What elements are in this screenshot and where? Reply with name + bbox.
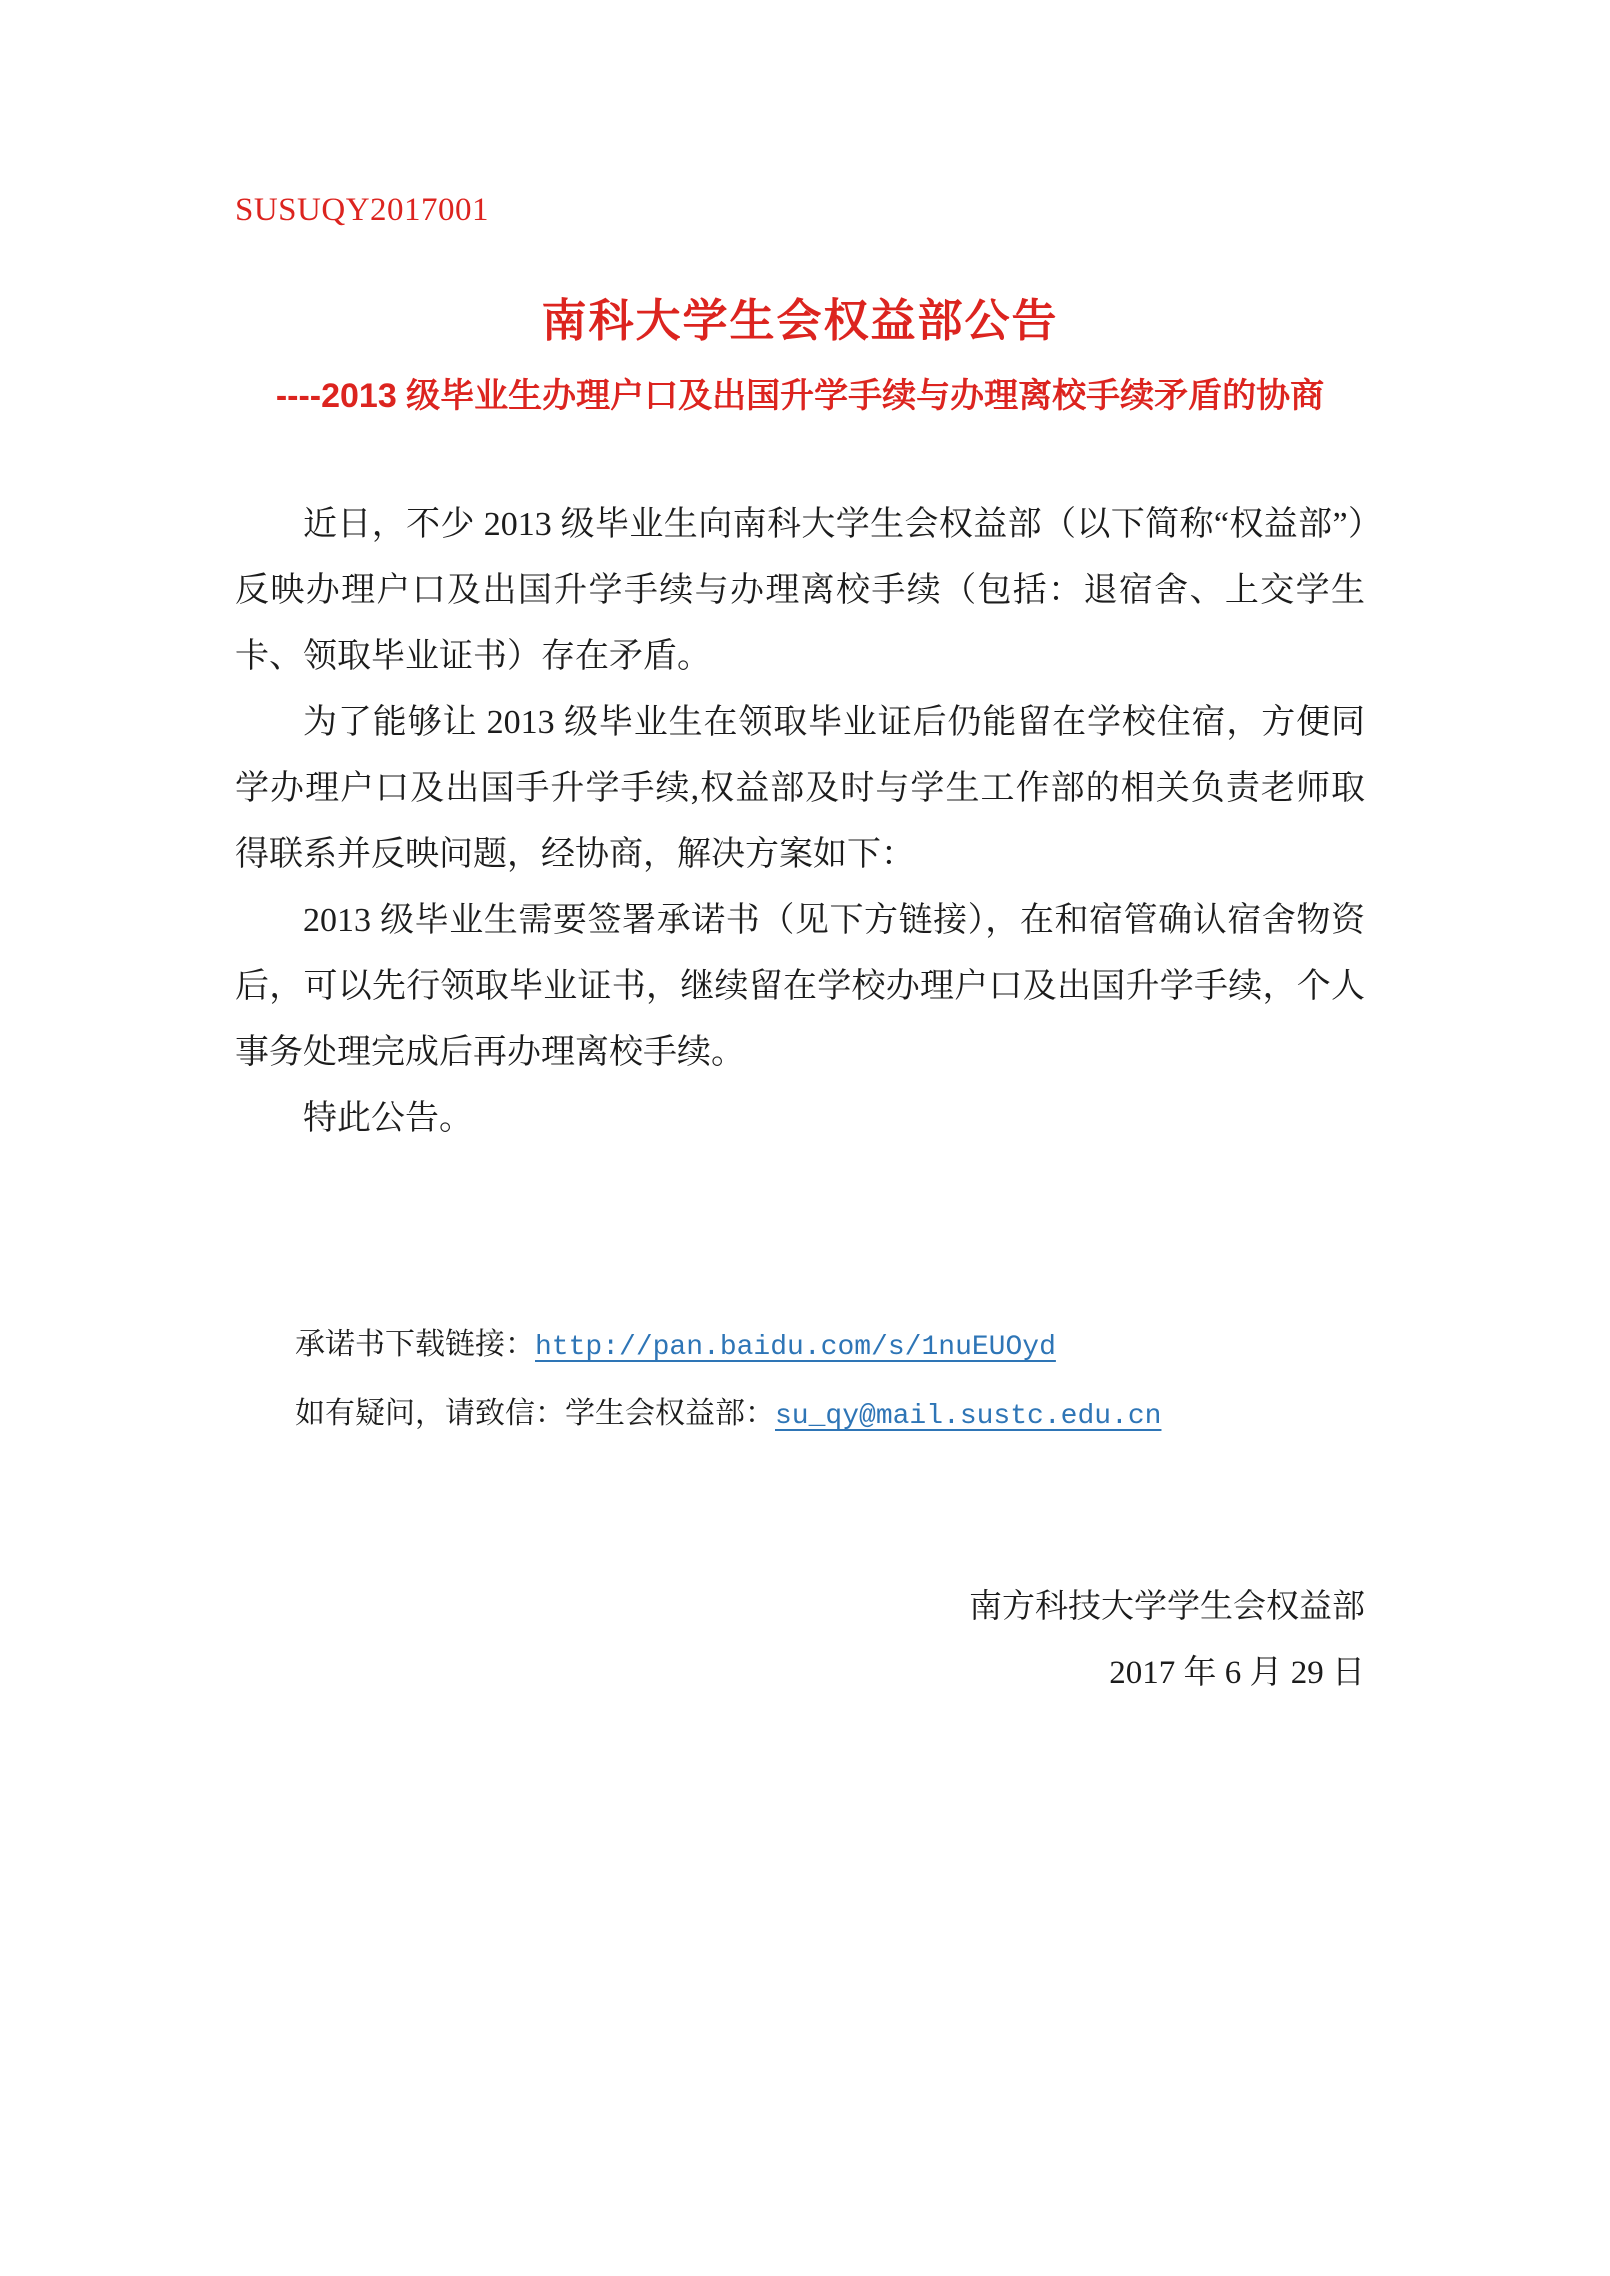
signature-organization: 南方科技大学学生会权益部	[235, 1574, 1365, 1640]
contact-line: 如有疑问，请致信：学生会权益部：su_qy@mail.sustc.edu.cn	[235, 1381, 1365, 1450]
body-paragraph: 为了能够让 2013 级毕业生在领取毕业证后仍能留在学校住宿，方便同学办理户口及…	[235, 690, 1365, 888]
signature-block: 南方科技大学学生会权益部 2017 年 6 月 29 日	[235, 1574, 1365, 1706]
links-section: 承诺书下载链接：http://pan.baidu.com/s/1nuEUOyd …	[235, 1312, 1365, 1450]
download-link-line: 承诺书下载链接：http://pan.baidu.com/s/1nuEUOyd	[235, 1312, 1365, 1381]
page-title: 南科大学生会权益部公告	[235, 294, 1365, 348]
document-body: 近日，不少 2013 级毕业生向南科大学生会权益部（以下简称“权益部”）反映办理…	[235, 492, 1365, 1152]
contact-email-link[interactable]: su_qy@mail.sustc.edu.cn	[775, 1401, 1161, 1432]
announcement-document: SUSUQY2017001 南科大学生会权益部公告 ----2013 级毕业生办…	[0, 0, 1610, 2276]
page-subtitle: ----2013 级毕业生办理户口及出国升学手续与办理离校手续矛盾的协商	[235, 376, 1365, 417]
body-paragraph: 特此公告。	[235, 1086, 1365, 1152]
contact-label: 如有疑问，请致信：学生会权益部：	[295, 1397, 775, 1430]
body-paragraph: 2013 级毕业生需要签署承诺书（见下方链接），在和宿管确认宿舍物资后，可以先行…	[235, 888, 1365, 1086]
download-link[interactable]: http://pan.baidu.com/s/1nuEUOyd	[535, 1332, 1056, 1363]
signature-date: 2017 年 6 月 29 日	[235, 1640, 1365, 1706]
download-link-label: 承诺书下载链接：	[295, 1328, 535, 1361]
document-number: SUSUQY2017001	[235, 190, 1365, 230]
body-paragraph: 近日，不少 2013 级毕业生向南科大学生会权益部（以下简称“权益部”）反映办理…	[235, 492, 1365, 690]
